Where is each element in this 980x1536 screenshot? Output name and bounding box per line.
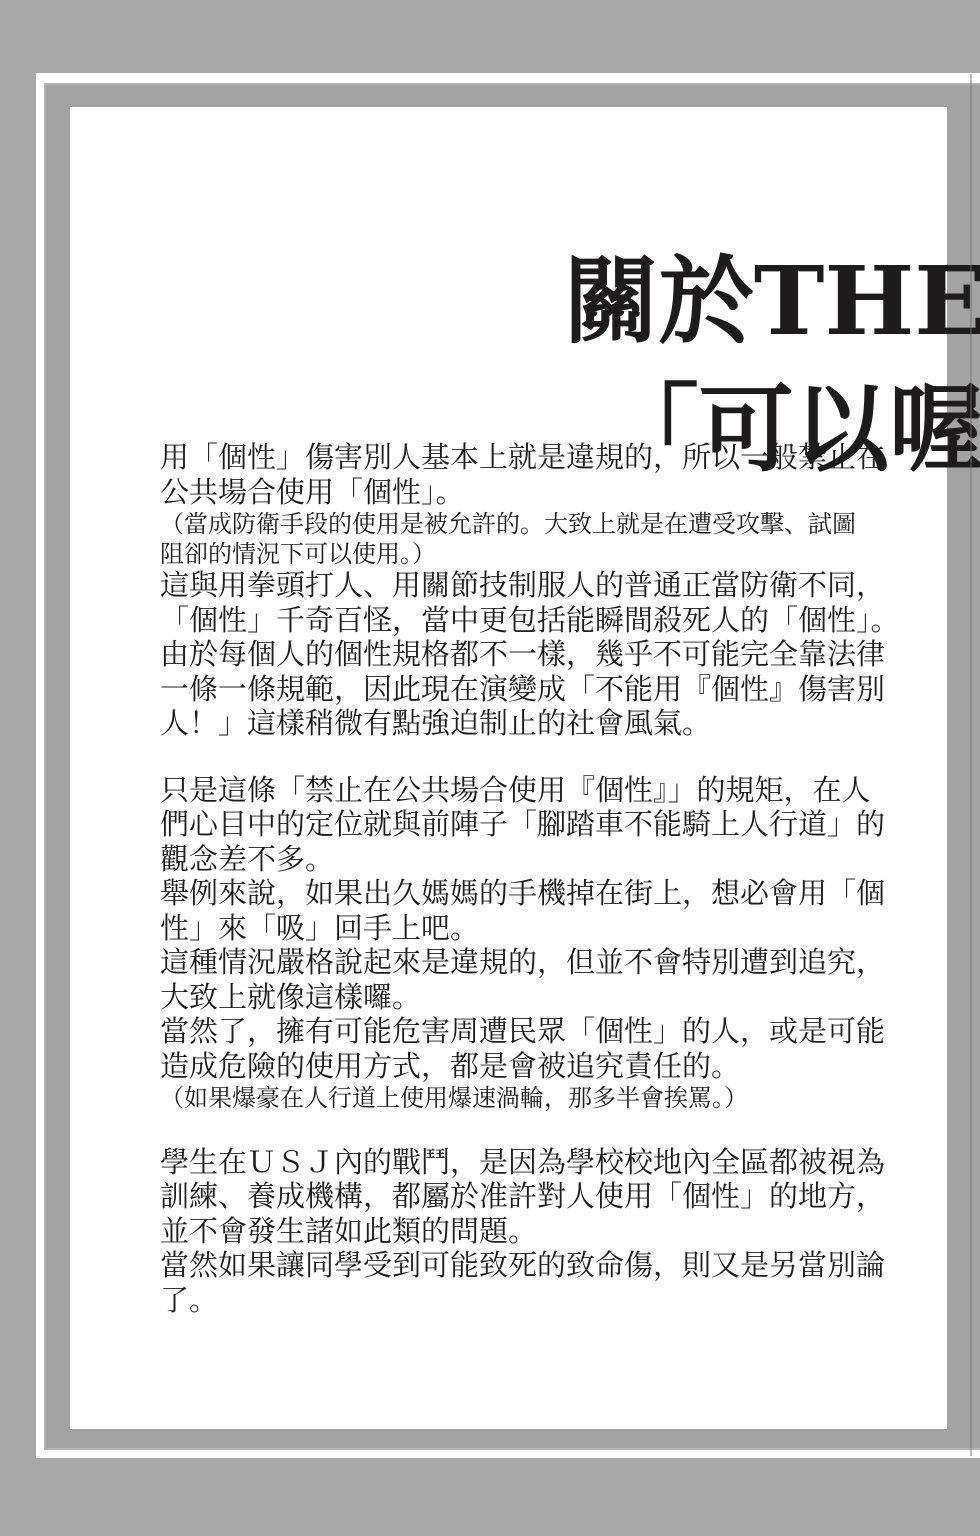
footnote-bakugo-example: （如果爆豪在人行道上使用爆速渦輪，那多半會挨罵。）	[160, 1084, 930, 1114]
page-frame-border: 關於THE・ 「可以喔」。 用「個性」傷害別人基本上就是違規的，所以一般禁止在 …	[46, 85, 980, 1448]
manga-text-page: 關於THE・ 「可以喔」。 用「個性」傷害別人基本上就是違規的，所以一般禁止在 …	[0, 0, 980, 1536]
page-sheet: 關於THE・ 「可以喔」。 用「個性」傷害別人基本上就是違規的，所以一般禁止在 …	[36, 73, 980, 1458]
paragraph-public-perception: 只是這條「禁止在公共場合使用『個性』」的規矩，在人 們心目中的定位就與前陣子「腳…	[160, 774, 930, 1085]
body-text-column: 用「個性」傷害別人基本上就是違規的，所以一般禁止在 公共場合使用「個性」。 （當…	[160, 441, 930, 1318]
scan-edge-line	[970, 74, 972, 1456]
page-content: 關於THE・ 「可以喔」。 用「個性」傷害別人基本上就是違規的，所以一般禁止在 …	[70, 107, 947, 1429]
paragraph-quirk-rule-intro: 用「個性」傷害別人基本上就是違規的，所以一般禁止在 公共場合使用「個性」。	[160, 441, 930, 510]
paragraph-quirk-regulation: 這與用拳頭打人、用關節技制服人的普通正當防衛不同， 「個性」千奇百怪，當中更包括…	[160, 569, 930, 742]
footnote-defense-exception: （當成防衛手段的使用是被允許的。大致上就是在遭受攻擊、試圖 阻卻的情況下可以使用…	[160, 510, 930, 569]
paragraph-usj-battles: 學生在ＵＳＪ內的戰鬥，是因為學校校地內全區都被視為 訓練、養成機構，都屬於准許對…	[160, 1146, 930, 1319]
